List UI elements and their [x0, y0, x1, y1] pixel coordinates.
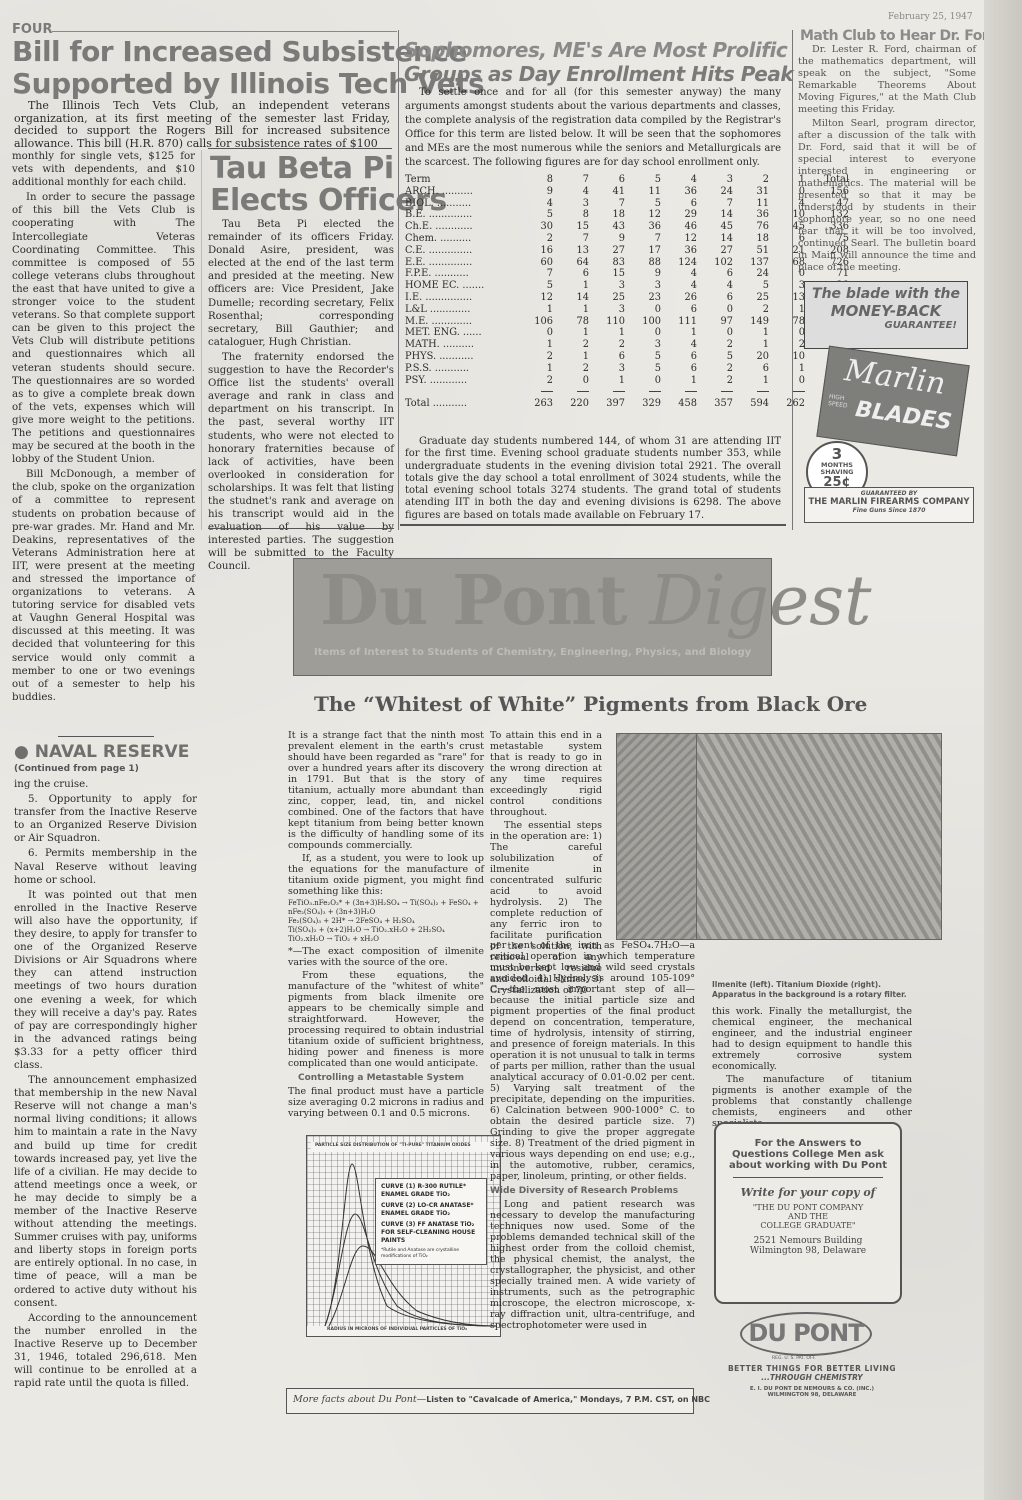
value-cell: 1 [661, 375, 697, 387]
value-cell: 25 [733, 292, 769, 304]
value-cell: 2 [553, 339, 589, 351]
value-cell: 36 [733, 209, 769, 221]
value-cell: 83 [589, 257, 625, 269]
term-cell: C.E. .............. [405, 245, 517, 257]
value-cell: 1 [553, 327, 589, 339]
term-cell: Chem. .......... [405, 233, 517, 245]
table-row: PHYS. ...........216565201055 [405, 351, 849, 363]
term-cell: M.E. ............. [405, 316, 517, 328]
value-cell: 0 [517, 327, 553, 339]
table-row: P.S.S. ...........1235626126 [405, 363, 849, 375]
enroll-bottom-rule [400, 524, 786, 526]
column-divider [201, 150, 202, 530]
value-cell: 78 [553, 316, 589, 328]
table-row: F.P.E. ...........761594624071 [405, 268, 849, 280]
term-cell: ARCH. .......... [405, 186, 517, 198]
value-cell: 6 [661, 198, 697, 210]
ore-photo [616, 733, 698, 940]
radio-promo-text: More facts about Du Pont—Listen to "Cava… [293, 1394, 710, 1405]
value-cell: 12 [517, 292, 553, 304]
table-total-row: Total ........... 263 220 397 329 458 35… [405, 398, 849, 410]
header-rule [52, 31, 397, 32]
value-cell: 7 [625, 233, 661, 245]
value-cell: 1 [553, 304, 589, 316]
table-row: I.E. ...............121425232662513149 [405, 292, 849, 304]
blade-graphic: Marlin HIGH SPEED BLADES [816, 346, 969, 457]
enroll-intro: To settle once and for all (for this sem… [405, 86, 781, 172]
value-cell: 36 [625, 221, 661, 233]
term-cell: E.E. .............. [405, 257, 517, 269]
value-cell: 1 [733, 327, 769, 339]
photo-caption: Ilmenite (left). Titanium Dioxide (right… [712, 980, 912, 1000]
value-cell: 64 [553, 257, 589, 269]
digest-col3: this work. Finally the metallurgist, the… [712, 1006, 912, 1131]
value-cell: 102 [697, 257, 733, 269]
value-cell: 1 [589, 327, 625, 339]
value-cell: 0 [697, 304, 733, 316]
value-cell: 14 [697, 209, 733, 221]
value-cell: 149 [733, 316, 769, 328]
value-cell: 5 [733, 280, 769, 292]
value-cell: 2 [697, 339, 733, 351]
term-cell: I.E. ............... [405, 292, 517, 304]
dupont-reg: REG. U. S. PAT. OFF. [772, 1356, 816, 1361]
marlin-footer-box: GUARANTEED BY THE MARLIN FIREARMS COMPAN… [804, 487, 974, 523]
term-cell: BIOL. ........... [405, 198, 517, 210]
value-cell: 11 [733, 198, 769, 210]
value-cell: 9 [625, 268, 661, 280]
value-cell: 111 [661, 316, 697, 328]
term-cell: PHYS. ........... [405, 351, 517, 363]
value-cell: 5 [625, 351, 661, 363]
digest-subtitle: Items of Interest to Students of Chemist… [314, 647, 751, 658]
value-cell: 1 [517, 363, 553, 375]
value-cell: 4 [517, 198, 553, 210]
value-cell: 7 [517, 268, 553, 280]
tau-bottom-rule [208, 528, 394, 529]
value-cell: 2 [697, 363, 733, 375]
table-row: BIOL. ...........43756711447 [405, 198, 849, 210]
value-cell: 4 [661, 268, 697, 280]
vets-lead: The Illinois Tech Vets Club, an independ… [14, 100, 390, 152]
value-cell: 0 [625, 304, 661, 316]
value-cell: 5 [697, 351, 733, 363]
value-cell: 2 [517, 351, 553, 363]
value-cell: 4 [697, 280, 733, 292]
value-cell: 43 [589, 221, 625, 233]
column-divider [792, 30, 793, 530]
value-cell: 0 [625, 375, 661, 387]
value-cell: 3 [589, 304, 625, 316]
value-cell: 12 [625, 209, 661, 221]
table-row: MET. ENG. ......011010104 [405, 327, 849, 339]
value-cell: 7 [589, 198, 625, 210]
value-cell: 6 [697, 292, 733, 304]
tau-top-rule [208, 148, 392, 149]
value-cell: 5 [625, 363, 661, 375]
dupont-slogan: BETTER THINGS FOR BETTER LIVING ...THROU… [712, 1364, 912, 1398]
value-cell: 2 [553, 363, 589, 375]
marlin-ad: The blade with the MONEY-BACK GUARANTEE!… [800, 275, 972, 520]
value-cell: 46 [661, 221, 697, 233]
value-cell: 1 [661, 327, 697, 339]
value-cell: 2 [697, 375, 733, 387]
enrollment-table: Term 8 7 6 5 4 3 2 1 Total ARCH. .......… [405, 174, 849, 410]
value-cell: 106 [517, 316, 553, 328]
column-divider [398, 30, 399, 530]
table-row: PSY. ............201012107 [405, 375, 849, 387]
table-row: ARCH. ..........9441113624310156 [405, 186, 849, 198]
value-cell: 24 [733, 268, 769, 280]
table-row: E.E. ..............606483881241021376872… [405, 257, 849, 269]
table-row: L&L .............1130602114 [405, 304, 849, 316]
table-header: Term 8 7 6 5 4 3 2 1 Total [405, 174, 849, 186]
table-separator [405, 386, 849, 398]
value-cell: 4 [661, 339, 697, 351]
digest-headline: The “Whitest of White” Pigments from Bla… [314, 692, 867, 716]
value-cell: 6 [697, 268, 733, 280]
value-cell: 23 [625, 292, 661, 304]
value-cell: 6 [661, 304, 697, 316]
value-cell: 51 [733, 245, 769, 257]
value-cell: 7 [697, 198, 733, 210]
value-cell: 2 [517, 375, 553, 387]
value-cell: 5 [625, 198, 661, 210]
table-row: Chem. ..........2797121418675 [405, 233, 849, 245]
value-cell: 2 [733, 304, 769, 316]
value-cell: 45 [697, 221, 733, 233]
table-row: HOME EC. .......5133445328 [405, 280, 849, 292]
value-cell: 4 [553, 186, 589, 198]
enroll-headline-1: Sophomores, ME's Are Most Prolific [404, 38, 787, 62]
value-cell: 12 [661, 233, 697, 245]
value-cell: 1 [589, 375, 625, 387]
math-body: Dr. Lester R. Ford, chairman of the math… [798, 44, 976, 276]
value-cell: 29 [661, 209, 697, 221]
ad-divider [733, 1177, 883, 1178]
digest-col1: It is a strange fact that the ninth most… [288, 730, 484, 1121]
value-cell: 20 [733, 351, 769, 363]
table-row: MATH. ..........1223421217 [405, 339, 849, 351]
value-cell: 8 [553, 209, 589, 221]
tau-body: Tau Beta Pi elected the remainder of its… [208, 218, 394, 576]
value-cell: 3 [589, 363, 625, 375]
value-cell: 27 [589, 245, 625, 257]
chart-legend: CURVE (1) R-300 RUTILE* ENAMEL GRADE TiO… [375, 1178, 487, 1265]
radio-promo-box: More facts about Du Pont—Listen to "Cava… [286, 1388, 694, 1414]
bullet-icon: ● [14, 742, 29, 762]
value-cell: 6 [661, 363, 697, 375]
value-cell: 4 [661, 280, 697, 292]
value-cell: 1 [733, 375, 769, 387]
value-cell: 31 [733, 186, 769, 198]
chart-title: PARTICLE SIZE DISTRIBUTION OF "TI-PURE" … [315, 1143, 471, 1148]
value-cell: 1 [553, 351, 589, 363]
naval-rule [58, 736, 154, 737]
value-cell: 124 [661, 257, 697, 269]
digest-banner: Du Pont Digest Items of Interest to Stud… [293, 558, 772, 676]
value-cell: 25 [589, 292, 625, 304]
enroll-closing: Graduate day students numbered 144, of w… [405, 436, 781, 524]
particle-size-chart: PARTICLE SIZE DISTRIBUTION OF "TI-PURE" … [306, 1135, 501, 1337]
page-edge [984, 0, 1022, 1500]
tau-headline-1: Tau Beta Pi [210, 152, 394, 186]
value-cell: 9 [517, 186, 553, 198]
value-cell: 14 [697, 233, 733, 245]
value-cell: 15 [589, 268, 625, 280]
value-cell: 18 [589, 209, 625, 221]
digest-col2-wide: per cent of the iron as FeSO₄.7H₂O—a cri… [490, 940, 695, 1333]
value-cell: 1 [517, 304, 553, 316]
value-cell: 110 [589, 316, 625, 328]
table-row: Ch.E. ............3015433646457645336 [405, 221, 849, 233]
dupont-booklet-ad: For the Answers to Questions College Men… [714, 1122, 902, 1304]
term-cell: MET. ENG. ...... [405, 327, 517, 339]
value-cell: 137 [733, 257, 769, 269]
value-cell: 30 [517, 221, 553, 233]
value-cell: 60 [517, 257, 553, 269]
value-cell: 2 [589, 339, 625, 351]
value-cell: 13 [553, 245, 589, 257]
term-cell: F.P.E. ........... [405, 268, 517, 280]
value-cell: 9 [589, 233, 625, 245]
value-cell: 76 [733, 221, 769, 233]
value-cell: 11 [625, 186, 661, 198]
enroll-headline-2: Groups as Day Enrollment Hits Peak [404, 62, 793, 86]
naval-body: ing the cruise. 5. Opportunity to apply … [14, 778, 197, 1392]
value-cell: 0 [553, 375, 589, 387]
value-cell: 26 [661, 292, 697, 304]
value-cell: 18 [733, 233, 769, 245]
value-cell: 27 [697, 245, 733, 257]
value-cell: 36 [661, 245, 697, 257]
term-cell: P.S.S. ........... [405, 363, 517, 375]
dupont-logo: DU PONT [740, 1312, 872, 1356]
value-cell: 3 [625, 280, 661, 292]
vets-body: monthly for single vets, $125 for vets w… [12, 150, 195, 706]
chart-xlabel: RADIUS IN MICRONS OF INDIVIDUAL PARTICLE… [327, 1327, 467, 1332]
term-cell: Ch.E. ............ [405, 221, 517, 233]
value-cell: 17 [625, 245, 661, 257]
value-cell: 97 [697, 316, 733, 328]
value-cell: 5 [517, 280, 553, 292]
value-cell: 3 [589, 280, 625, 292]
value-cell: 16 [517, 245, 553, 257]
term-cell: PSY. ............ [405, 375, 517, 387]
value-cell: 3 [553, 198, 589, 210]
ore-photo-right [696, 733, 942, 940]
value-cell: 6 [589, 351, 625, 363]
value-cell: 36 [661, 186, 697, 198]
term-cell: HOME EC. ....... [405, 280, 517, 292]
value-cell: 100 [625, 316, 661, 328]
value-cell: 0 [625, 327, 661, 339]
value-cell: 1 [553, 280, 589, 292]
naval-continued: (Continued from page 1) [14, 764, 139, 774]
newspaper-page: FOUR February 25, 1947 Bill for Increase… [0, 0, 1022, 1500]
value-cell: 24 [697, 186, 733, 198]
value-cell: 41 [589, 186, 625, 198]
term-cell: MATH. .......... [405, 339, 517, 351]
value-cell: 6 [553, 268, 589, 280]
page-date: February 25, 1947 [888, 12, 973, 22]
value-cell: 88 [625, 257, 661, 269]
value-cell: 0 [697, 327, 733, 339]
marlin-headline-box: The blade with the MONEY-BACK GUARANTEE! [804, 281, 968, 349]
value-cell: 6 [733, 363, 769, 375]
equations: FeTiO₃.nFe₂O₃* + (3n+3)H₂SO₄ → Ti(SO₄)₂ … [288, 899, 484, 944]
value-cell: 5 [517, 209, 553, 221]
value-cell: 2 [517, 233, 553, 245]
table-row: B.E. ..............58181229143610132 [405, 209, 849, 221]
value-cell: 7 [553, 233, 589, 245]
table-row: M.E. .............1067811010011197149788… [405, 316, 849, 328]
table-row: C.E. ..............1613271736275121208 [405, 245, 849, 257]
value-cell: 14 [553, 292, 589, 304]
value-cell: 1 [733, 339, 769, 351]
value-cell: 15 [553, 221, 589, 233]
value-cell: 6 [661, 351, 697, 363]
term-cell: B.E. .............. [405, 209, 517, 221]
term-cell: L&L ............. [405, 304, 517, 316]
naval-headline: ● NAVAL RESERVE [14, 742, 189, 762]
math-headline: Math Club to Hear Dr. Ford [800, 28, 998, 44]
digest-title: Du Pont Digest [320, 559, 871, 644]
value-cell: 3 [625, 339, 661, 351]
value-cell: 1 [517, 339, 553, 351]
